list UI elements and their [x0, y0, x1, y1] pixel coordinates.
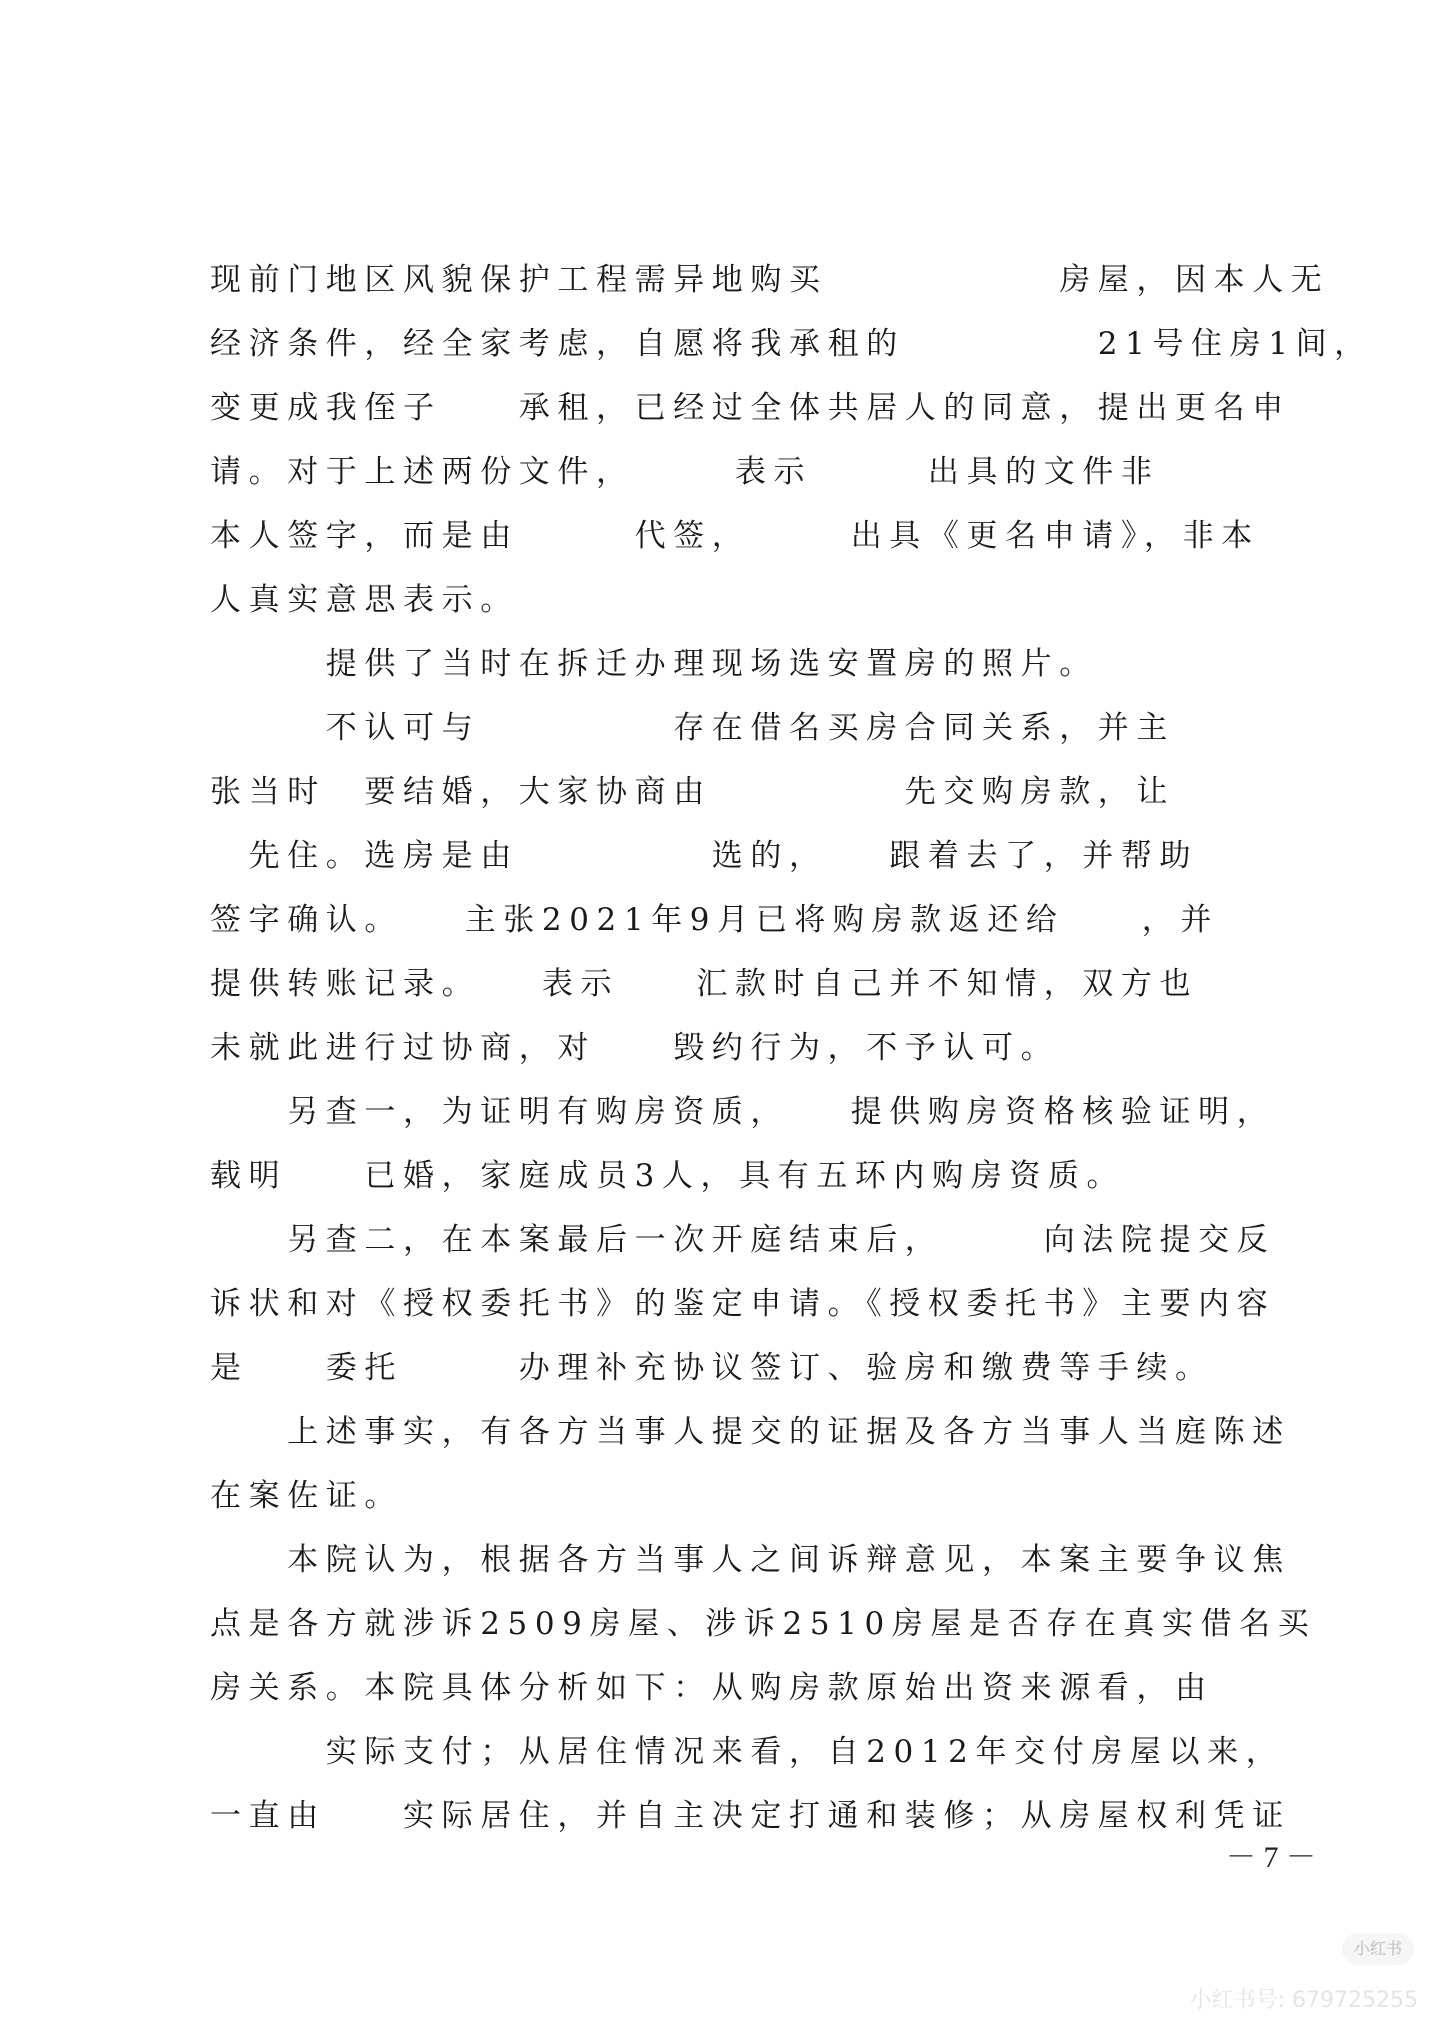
text-line: 现前门地区风貌保护工程需异地购买 房屋，因本人无 [210, 260, 1305, 300]
text-line: 未就此进行过协商，对 毁约行为，不予认可。 [210, 1028, 1305, 1068]
text-line: 张当时 要结婚，大家协商由 先交购房款，让 [210, 772, 1305, 812]
text-line: 点是各方就涉诉2509房屋、涉诉2510房屋是否存在真实借名买 [210, 1604, 1305, 1644]
text-line: 本院认为，根据各方当事人之间诉辩意见，本案主要争议焦 [210, 1540, 1305, 1580]
watermark-logo-badge: 小红书 [1342, 1933, 1414, 1965]
text-line: 本人签字，而是由 代签， 出具《更名申请》，非本 [210, 516, 1305, 556]
text-line: 房关系。本院具体分析如下：从购房款原始出资来源看，由 [210, 1668, 1305, 1708]
page-number: － 7 － [1216, 1832, 1326, 1876]
text-line: 实际支付；从居住情况来看，自2012年交付房屋以来， [210, 1732, 1305, 1772]
watermark-account-id: 小红书号: 679725255 [1158, 1983, 1418, 2014]
text-line: 另查二，在本案最后一次开庭结束后， 向法院提交反 [210, 1220, 1305, 1260]
text-line: 提供了当时在拆迁办理现场选安置房的照片。 [210, 644, 1305, 684]
text-line: 签字确认。 主张2021年9月已将购房款返还给 ，并 [210, 900, 1305, 940]
text-line: 诉状和对《授权委托书》的鉴定申请。《授权委托书》主要内容 [210, 1284, 1305, 1324]
document-page: 现前门地区风貌保护工程需异地购买 房屋，因本人无经济条件，经全家考虑，自愿将我承… [0, 0, 1440, 2036]
text-line: 另查一，为证明有购房资质， 提供购房资格核验证明， [210, 1092, 1305, 1132]
text-line: 上述事实，有各方当事人提交的证据及各方当事人当庭陈述 [210, 1412, 1305, 1452]
text-line: 经济条件，经全家考虑，自愿将我承租的 21号住房1间， [210, 324, 1305, 364]
text-line: 一直由 实际居住，并自主决定打通和装修；从房屋权利凭证 [210, 1796, 1305, 1836]
text-line: 是 委托 办理补充协议签订、验房和缴费等手续。 [210, 1348, 1305, 1388]
text-line: 人真实意思表示。 [210, 580, 1305, 620]
text-line: 不认可与 存在借名买房合同关系，并主 [210, 708, 1305, 748]
text-line: 请。对于上述两份文件， 表示 出具的文件非 [210, 452, 1305, 492]
text-line: 提供转账记录。 表示 汇款时自己并不知情，双方也 [210, 964, 1305, 1004]
text-line: 在案佐证。 [210, 1476, 1305, 1516]
text-line: 载明 已婚，家庭成员3人，具有五环内购房资质。 [210, 1156, 1305, 1196]
text-line: 先住。选房是由 选的， 跟着去了，并帮助 [210, 836, 1305, 876]
text-line: 变更成我侄子 承租，已经过全体共居人的同意，提出更名申 [210, 388, 1305, 428]
